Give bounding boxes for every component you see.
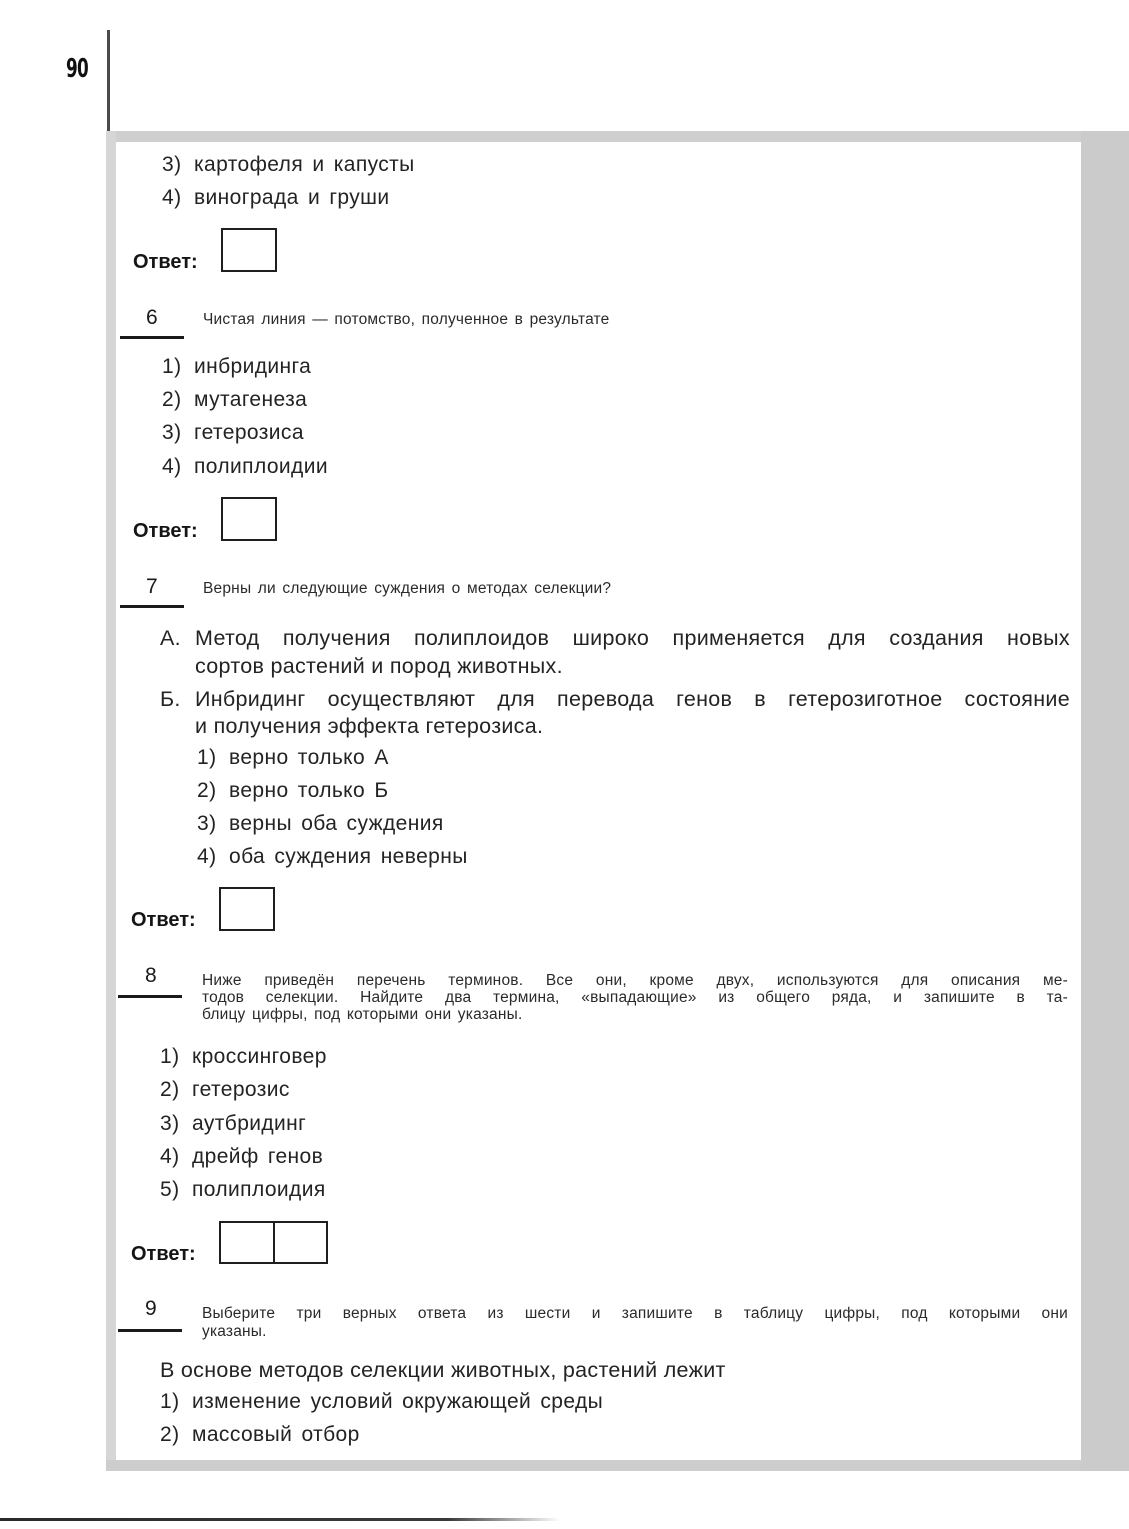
answer-box-2[interactable] [273, 1221, 328, 1264]
option-item: 1)изменение условий окружающей среды [160, 1390, 603, 1414]
frame-bottom-border [106, 1460, 1129, 1471]
statement-letter: Б. [160, 687, 181, 712]
question-text: Чистая линия — потомство, полученное в р… [203, 311, 610, 328]
frame-left-border [106, 131, 116, 1471]
header-vertical-rule [107, 30, 110, 134]
question-number: 7 [146, 575, 158, 599]
statement-text: и получения эффекта гетерозиса. [195, 714, 543, 739]
question-number-underline [120, 605, 184, 608]
answer-label: Ответ: [133, 520, 198, 543]
option-item: 1)кроссинговер [160, 1045, 327, 1069]
question-number-underline [118, 995, 182, 998]
answer-box[interactable] [221, 228, 277, 272]
statement-text: Инбридинг осуществляют для перевода гено… [195, 687, 1070, 712]
option-item: 4)полиплоидии [162, 455, 328, 479]
question-text: Верны ли следующие суждения о методах се… [203, 580, 611, 597]
option-item: 1)инбридинга [162, 355, 311, 379]
question-text-line: Ниже приведён перечень терминов. Все они… [202, 972, 1068, 989]
answer-box[interactable] [219, 887, 275, 931]
option-item: 2)мутагенеза [162, 388, 307, 412]
option-item: 4)дрейф генов [160, 1145, 323, 1169]
option-item: 2)массовый отбор [160, 1423, 360, 1447]
question-text-line: тодов селекции. Найдите два термина, «вы… [202, 989, 1068, 1006]
option-item: 2)гетерозис [160, 1078, 290, 1102]
option-item: 1)верно только А [197, 746, 389, 770]
question-number-underline [120, 336, 184, 339]
question-text-line: указаны. [202, 1323, 267, 1340]
option-item: 4)оба суждения неверны [197, 845, 468, 869]
statement-letter: А. [160, 626, 181, 651]
question-number: 6 [146, 306, 158, 330]
answer-box[interactable] [221, 497, 277, 541]
question-number-underline [118, 1329, 182, 1332]
option-item: 3)верны оба суждения [197, 812, 444, 836]
option-item: 3)картофеля и капусты [162, 153, 415, 177]
question-stem: В основе методов селекции животных, раст… [160, 1358, 726, 1383]
answer-label: Ответ: [131, 1243, 196, 1266]
question-text-line: Выберите три верных ответа из шести и за… [202, 1305, 1068, 1322]
question-text-line: блицу цифры, под которыми они указаны. [202, 1006, 522, 1023]
statement-text: сортов растений и пород животных. [195, 654, 563, 679]
question-number: 8 [145, 964, 157, 988]
frame-right-strip [1081, 131, 1129, 1471]
answer-label: Ответ: [133, 251, 198, 274]
statement-text: Метод получения полиплоидов широко приме… [195, 626, 1070, 651]
question-number: 9 [145, 1297, 157, 1321]
answer-box-1[interactable] [219, 1221, 275, 1264]
option-item: 5)полиплоидия [160, 1178, 326, 1202]
option-item: 3)аутбридинг [160, 1112, 306, 1136]
option-item: 3)гетерозиса [162, 421, 304, 445]
option-item: 4)винограда и груши [162, 186, 390, 210]
footer-rule [0, 1518, 560, 1521]
option-item: 2)верно только Б [197, 779, 389, 803]
answer-label: Ответ: [131, 909, 196, 932]
page-number: 90 [66, 54, 88, 84]
frame-top-border [106, 131, 1081, 142]
